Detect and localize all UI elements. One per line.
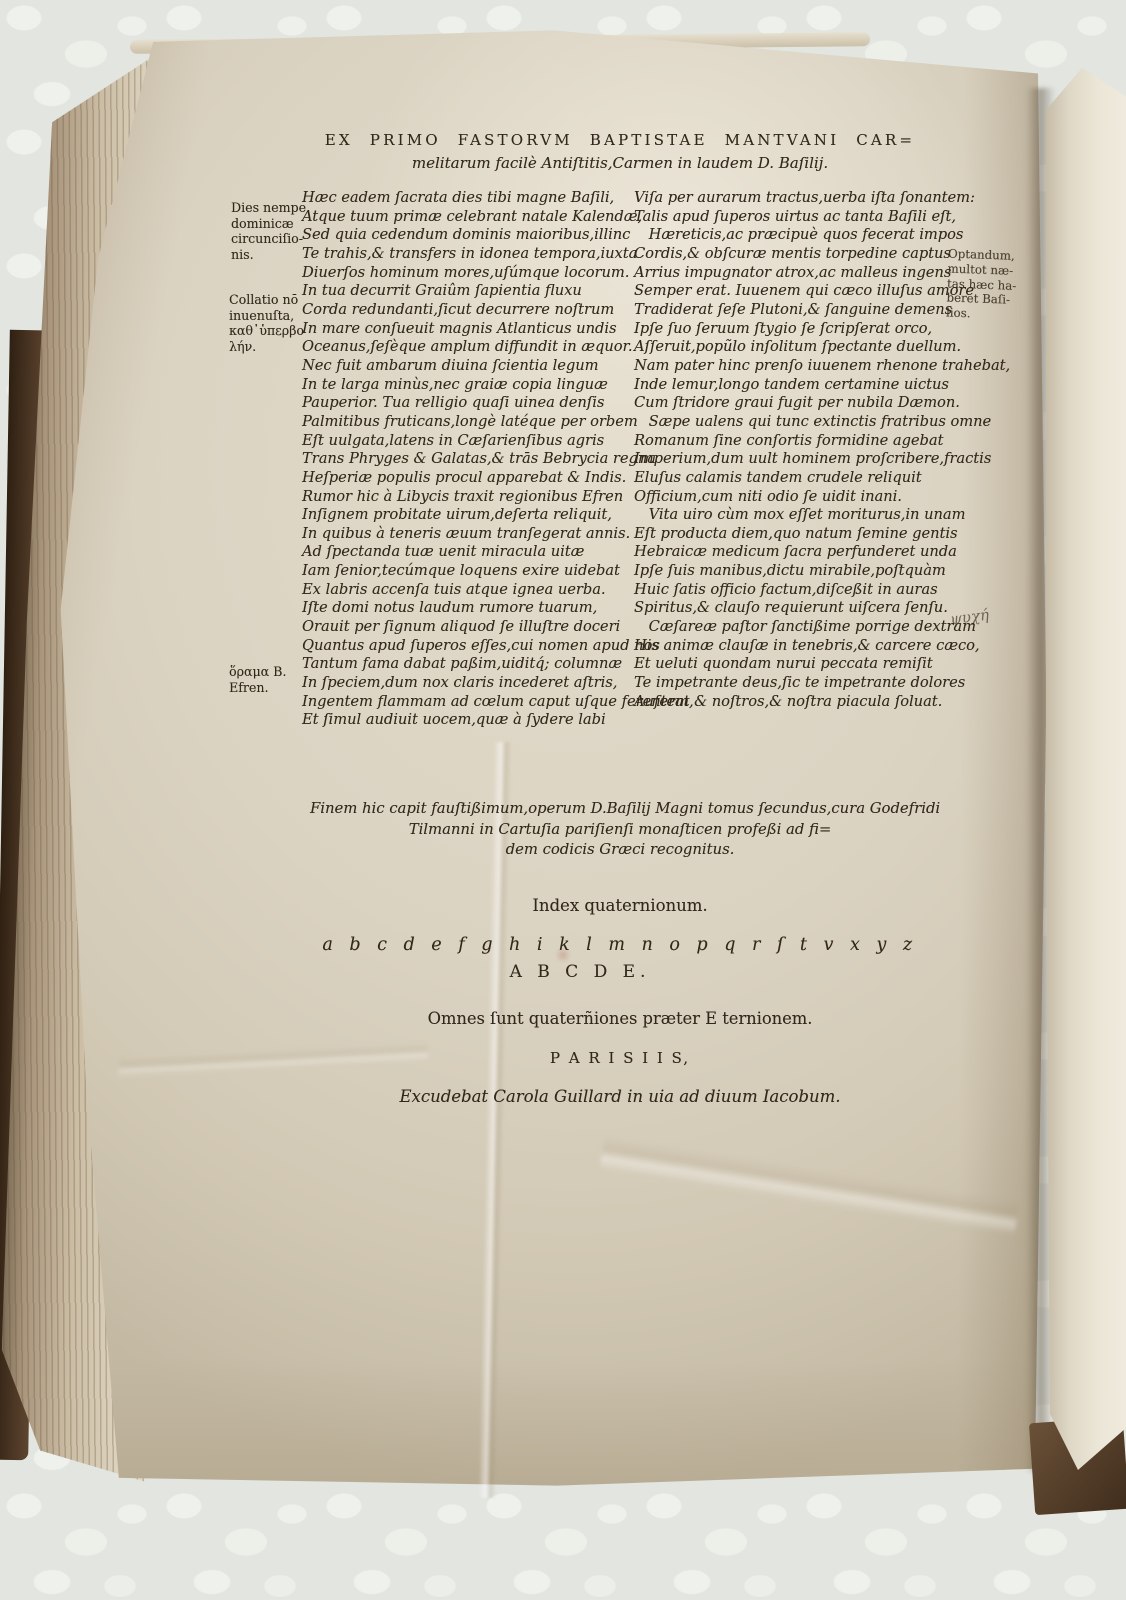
poem-right-column: Viſa per aurarum tractus,uerba iſta ſona… bbox=[634, 189, 974, 711]
page-title-line1: EX PRIMO FASTORVM BAPTISTAE MANTVANI CAR… bbox=[280, 131, 960, 149]
next-page-edge bbox=[1046, 68, 1126, 1470]
index-title: Index quaternionum. bbox=[360, 896, 880, 915]
index-lowercase-row: a b c d e f g h i k l m n o p q r ſ t v … bbox=[290, 935, 950, 955]
imprint-printer: Excudebat Carola Guillard in uia ad diuu… bbox=[290, 1087, 950, 1106]
photo-scene: EX PRIMO FASTORVM BAPTISTAE MANTVANI CAR… bbox=[0, 0, 1126, 1600]
margin-note-left-1: Dies nempedominicæcircunciſio-nis. bbox=[231, 200, 311, 262]
page-title-line2: melitarum facilè Antiſtitis,Carmen in la… bbox=[280, 154, 960, 172]
imprint-place: P A R I S I I S, bbox=[330, 1049, 910, 1067]
index-note: Omnes ſunt quaterñiones præter E ternion… bbox=[330, 1009, 910, 1028]
colophon: Finem hic capit fauſtißimum,operum D.Baſ… bbox=[310, 799, 930, 861]
margin-note-left-3: ὅραμα B.Efren. bbox=[229, 664, 311, 695]
margin-note-left-2: Collatio nōinuenuſta,καθ᾽ὑπερβολήν. bbox=[229, 292, 311, 354]
poem-left-column: Hæc eadem ſacrata dies tibi magne Baſili… bbox=[302, 189, 634, 730]
index-uppercase-row: A B C D E. bbox=[290, 962, 870, 982]
